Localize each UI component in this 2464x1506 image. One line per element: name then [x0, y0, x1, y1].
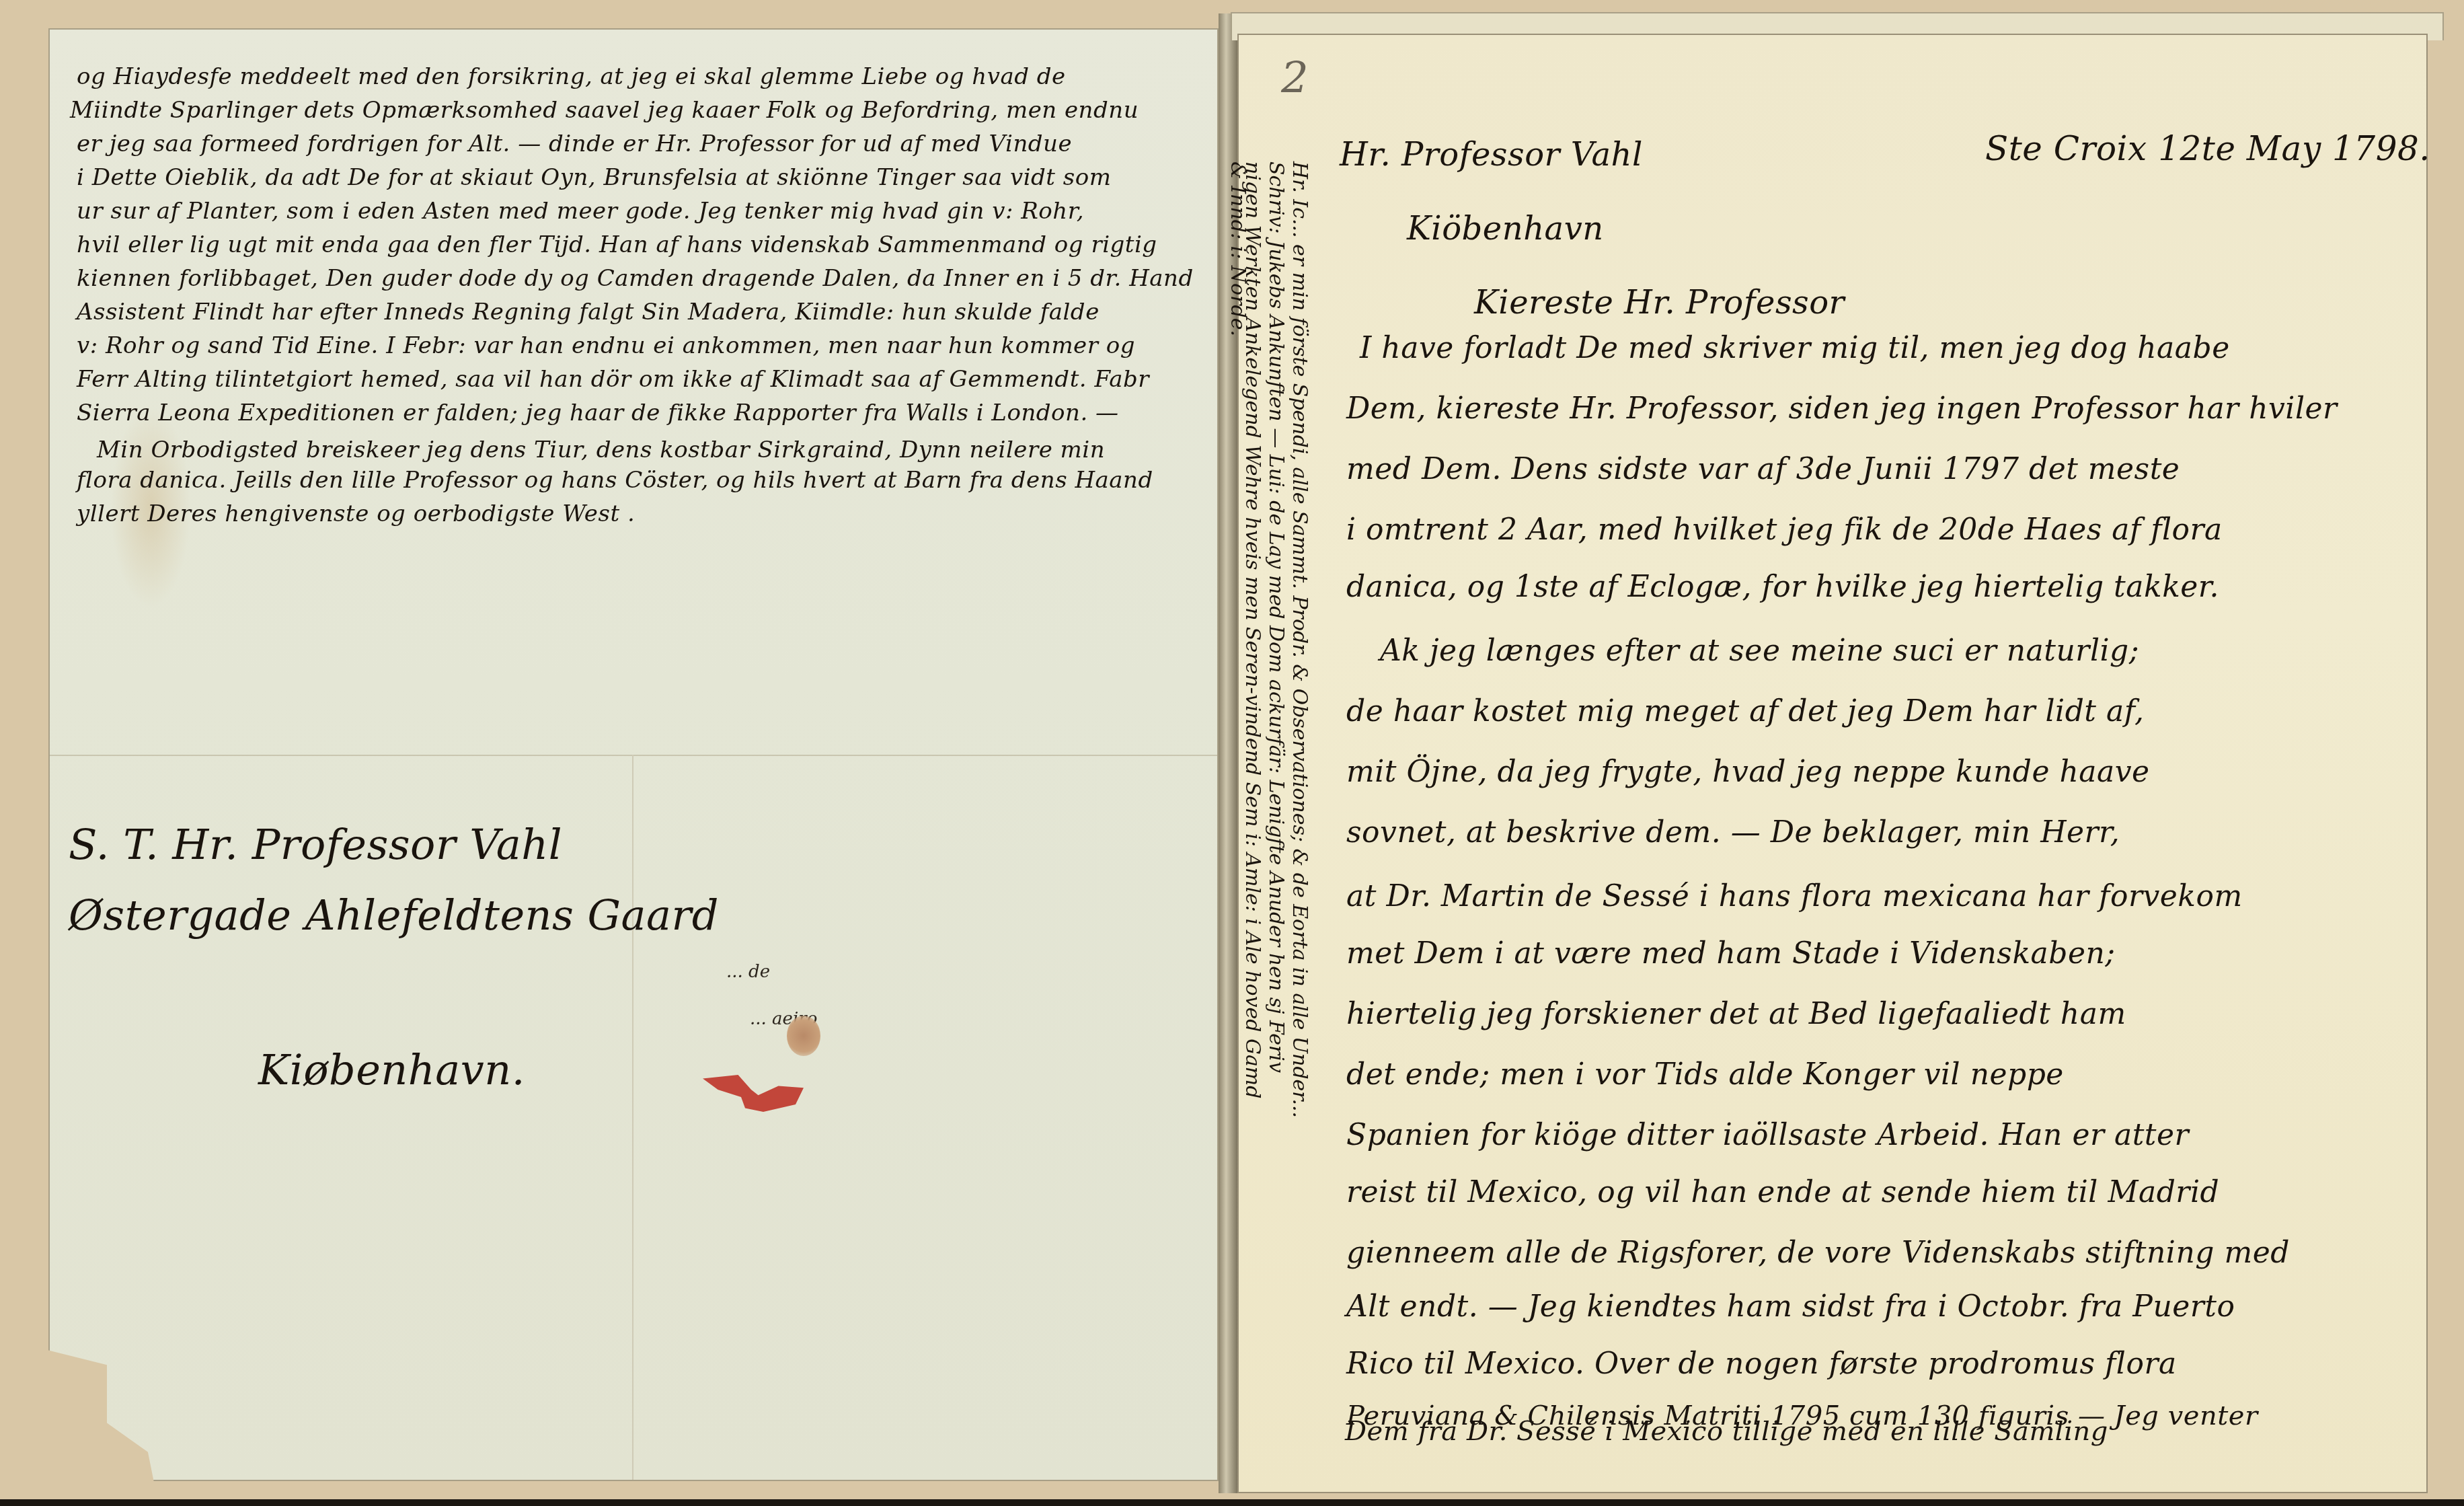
- margin-note-line: Hr. Ic... er min förste Spendi, alle Sam…: [1288, 161, 1311, 1118]
- text-line: Dem fra Dr. Sessé i Mexico tillige med e…: [1345, 1416, 2108, 1447]
- horizontal-fold-line: [50, 755, 1217, 756]
- folio-number: 2: [1281, 54, 1309, 104]
- text-line: hiertelig jeg forskiener det at Bed lige…: [1346, 997, 2126, 1031]
- address-street: Østergade Ahlefeldtens Gaard: [69, 891, 719, 940]
- address-recipient: S. T. Hr. Professor Vahl: [69, 820, 562, 869]
- text-line: Alt endt. — Jeg kiendtes ham sidst fra i…: [1346, 1289, 2235, 1324]
- text-line: hvil eller lig ugt mit enda gaa den fler…: [77, 231, 1157, 258]
- vertical-fold-line: [632, 755, 633, 1480]
- text-line: i Dette Oieblik, da adt De for at skiaut…: [77, 164, 1111, 191]
- address-city: Kiøbenhavn.: [258, 1045, 525, 1094]
- right-page: Ste Croix 12te May 1798. Hr. Professor V…: [1237, 34, 2428, 1493]
- text-line: med Dem. Dens sidste var af 3de Junii 17…: [1346, 452, 2180, 486]
- recipient-city: Kiöbenhavn: [1407, 210, 1604, 248]
- dateline: Ste Croix 12te May 1798.: [1985, 129, 2430, 168]
- text-line: kiennen forlibbaget, Den guder dode dy o…: [77, 265, 1194, 292]
- text-line: Miindte Sparlinger dets Opmærksomhed saa…: [70, 97, 1139, 124]
- text-line: Sierra Leona Expeditionen er falden; jeg…: [77, 400, 1119, 426]
- text-line: det ende; men i vor Tids alde Konger vil…: [1346, 1057, 2064, 1092]
- text-line: ur sur af Planter, som i eden Asten med …: [77, 198, 1084, 225]
- text-line: i omtrent 2 Aar, med hvilket jeg fik de …: [1346, 513, 2223, 547]
- margin-note-line: Schriv: Jukebs Ankunften — Lui: de Lay m…: [1264, 161, 1288, 1073]
- left-page: og Hiaydesfe meddeelt med den forsikring…: [48, 28, 1219, 1481]
- text-line: danica, og 1ste af Eclogæ, for hvilke je…: [1346, 570, 2219, 604]
- text-line: Ak jeg længes efter at see meine suci er…: [1380, 634, 2139, 668]
- text-line: Dem, kiereste Hr. Professor, siden jeg i…: [1346, 391, 2338, 426]
- seal-postmark-text: ... de: [726, 962, 770, 982]
- margin-note-line: & Innd: i: Norde.: [1226, 161, 1249, 336]
- text-line: og Hiaydesfe meddeelt med den forsikring…: [77, 63, 1066, 90]
- text-line: er jeg saa formeed fordrigen for Alt. — …: [77, 130, 1072, 157]
- text-line: I have forladt De med skriver mig til, m…: [1360, 331, 2230, 365]
- text-line: sovnet, at beskrive dem. — De beklager, …: [1346, 815, 2120, 850]
- text-line: flora danica. Jeills den lille Professor…: [77, 467, 1153, 494]
- text-line: Spanien for kiöge ditter iaöllsaste Arbe…: [1346, 1118, 2189, 1152]
- recipient-name: Hr. Professor Vahl: [1340, 136, 1643, 174]
- seal-stain: [787, 1016, 820, 1056]
- text-line: Rico til Mexico. Over de nogen første pr…: [1346, 1347, 2177, 1381]
- text-line: Min Orbodigsted breiskeer jeg dens Tiur,…: [97, 437, 1105, 463]
- text-line: gienneem alle de Rigsforer, de vore Vide…: [1346, 1236, 2290, 1270]
- text-line: v: Rohr og sand Tid Eine. I Febr: var ha…: [77, 332, 1135, 359]
- text-line: de haar kostet mig meget af det jeg Dem …: [1346, 694, 2144, 728]
- text-line: at Dr. Martin de Sessé i hans flora mexi…: [1346, 879, 2243, 913]
- text-line: met Dem i at være med ham Stade i Videns…: [1346, 936, 2116, 971]
- text-line: Ferr Alting tilintetgiort hemed, saa vil…: [77, 366, 1149, 393]
- signature-line: yllert Deres hengivenste og oerbodigste …: [77, 500, 635, 527]
- scan-backdrop-edge: [0, 1499, 2464, 1506]
- text-line: mit Öjne, da jeg frygte, hvad jeg neppe …: [1346, 755, 2150, 789]
- salutation: Kiereste Hr. Professor: [1474, 284, 1845, 322]
- text-line: reist til Mexico, og vil han ende at sen…: [1346, 1175, 2219, 1209]
- text-line: Assistent Flindt har efter Inneds Regnin…: [77, 299, 1100, 326]
